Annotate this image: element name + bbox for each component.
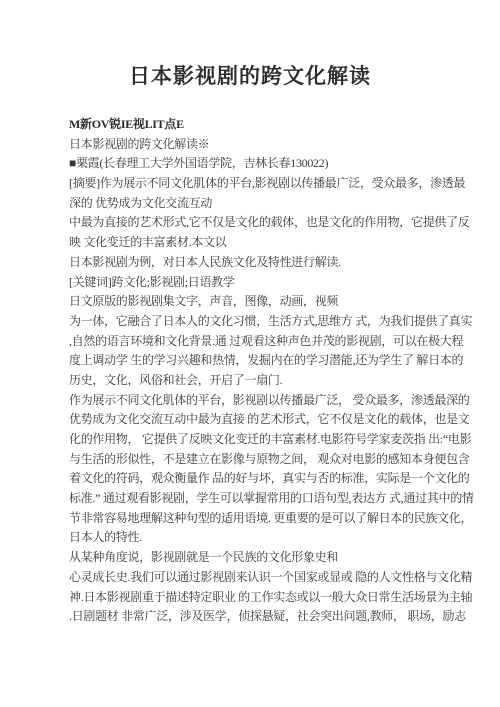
document-text-block: M新OV锐IE视LIT点E日本影视剧的跨文化解读※■栗霞(长春理工大学外国语学院… (69, 115, 441, 627)
text-line: 着文化的符码，观众衡量作 品的好与坏，真实与否的标准，实际是一个文化的 (69, 469, 441, 489)
text-line: 神.日本影视剧重于描述特定职业 的工作实态或以一般大众日常生活场景为主轴 (69, 588, 441, 608)
text-line: 中最为直接的艺术形式,它不仅是文化的载体，也是文化的作用物，它提供了反 (69, 213, 441, 233)
text-line: ■栗霞(长春理工大学外国语学院，吉林长春130022) (69, 154, 441, 174)
text-line: 心灵成长史.我们可以通过影视剧来认识一个国家或显或 隐的人文性格与文化精 (69, 568, 441, 588)
text-line: .日剧题材 非常广泛，涉及医学，侦探悬疑，社会突出问题,教师， 职场，励志 (69, 607, 441, 627)
text-line: 度上调动学 生的学习兴趣和热情，发掘内在的学习潜能,还为学生了 解日本的 (69, 351, 441, 371)
text-line: 深的 优势成为文化交流互动 (69, 194, 441, 214)
text-line: 日文原版的影视剧集文字，声音，图像，动画，视频 (69, 292, 441, 312)
text-line: 标准.” 通过观看影视剧，学生可以掌握常用的口语句型,表达方 式,通过其中的情 (69, 489, 441, 509)
text-line: 节非常容易地理解这种句型的适用语境. 更重要的是可以了解日本的民族文化， (69, 509, 441, 529)
text-line: 日本影视剧为例，对日本人民族文化及特性进行解读. (69, 253, 441, 273)
text-line: 与生活的形似性，不是建立在影像与原物之间， 观众对电影的感知本身便包含 (69, 450, 441, 470)
text-line: 从某种角度说，影视剧就是一个民族的文化形象史和 (69, 548, 441, 568)
text-line: 日本影视剧的跨文化解读※ (69, 135, 441, 155)
text-line: [摘要]作为展示不同文化肌体的平台,影视剧以传播最广泛，受众最多，渗透最 (69, 174, 441, 194)
text-line: ,自然的语言环境和文化背景.通 过观看这种声色并茂的影视剧，可以在极大程 (69, 332, 441, 352)
text-line: 映 文化变迁的丰富素材.本文以 (69, 233, 441, 253)
text-line: [关键词]跨文化;影视剧;日语教学 (69, 273, 441, 293)
text-line: 作为展示不同文化肌体的平台，影视剧以传播最广泛， 受众最多，渗透最深的 (69, 391, 441, 411)
document-title: 日本影视剧的跨文化解读 (0, 60, 500, 90)
text-line: 历史，文化，风俗和社会，开启了一扇门. (69, 371, 441, 391)
text-line: M新OV锐IE视LIT点E (69, 115, 441, 135)
text-line: 日本人的特性. (69, 528, 441, 548)
text-line: 优势成为文化交流互动中最为直接 的艺术形式，它不仅是文化的载体，也是文 (69, 410, 441, 430)
document-page: 日本影视剧的跨文化解读 M新OV锐IE视LIT点E日本影视剧的跨文化解读※■栗霞… (0, 0, 500, 707)
text-line: 为一体，它融合了日本人的文化习惯，生活方式,思维方 式，为我们提供了真实 (69, 312, 441, 332)
text-line: 化的作用物， 它提供了反映文化变迁的丰富素材.电影符号学家麦茨指 出:“电影 (69, 430, 441, 450)
